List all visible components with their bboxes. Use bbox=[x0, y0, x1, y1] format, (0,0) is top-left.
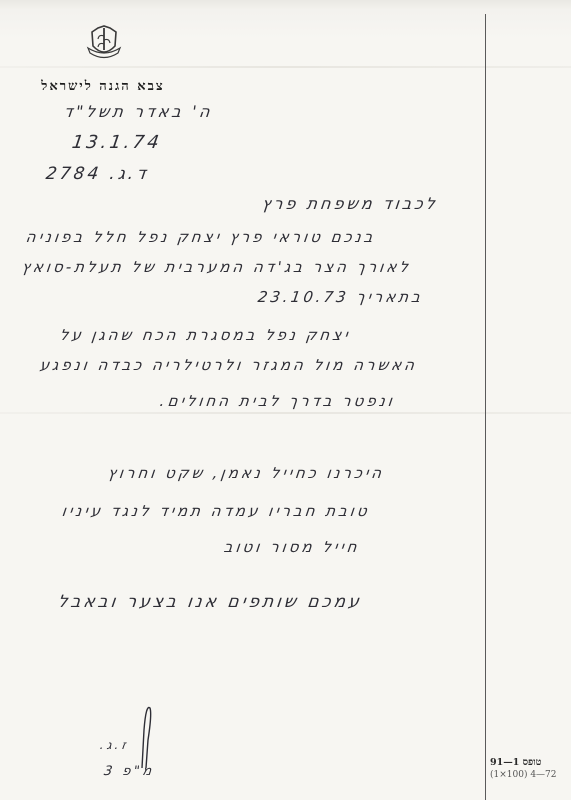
organization-name: צבא הגנה לישראל bbox=[30, 78, 176, 94]
letter-line: האשרה מול המגזר ולרטילריה כבדה ונפגע bbox=[39, 356, 419, 374]
salutation: לכבוד משפחת פרץ bbox=[261, 194, 440, 213]
closing-line: עמכם שותפים אנו בצער ובאבל bbox=[57, 592, 364, 612]
letter-line: היכרנו כחייל נאמן, שקט וחרוץ bbox=[107, 464, 386, 482]
hebrew-date: ה' באדר תשל"ד bbox=[63, 102, 214, 121]
form-number: 91—1 טופס (1×100) 4—72 bbox=[490, 757, 565, 780]
letter-line: ונפטר בדרך לבית החולים. bbox=[159, 392, 397, 410]
letter-line: יצחק נפל במסגרת הכח שהגן על bbox=[59, 326, 352, 344]
letter-line: בתאריך 23.10.73 bbox=[257, 288, 425, 306]
letter-line: לאורך הצר בג'דה המערבית של תעלת-סואץ bbox=[21, 258, 413, 276]
signature-mark bbox=[130, 700, 160, 770]
signature-title: מ"פ 3 bbox=[103, 764, 155, 779]
print-info: (1×100) 4—72 bbox=[490, 770, 565, 780]
date: 13.1.74 bbox=[71, 132, 164, 153]
letter-page: צבא הגנה לישראל ה' באדר תשל"ד 13.1.74 ד.… bbox=[0, 0, 571, 800]
margin-line bbox=[485, 14, 486, 800]
signature-initials: ז.ג. bbox=[99, 738, 130, 752]
idf-emblem-icon bbox=[84, 22, 124, 62]
letter-line: חייל מסור וטוב bbox=[223, 538, 361, 556]
letter-line: בנכם טוראי פרץ יצחק נפל חלל בפוניה bbox=[25, 228, 377, 246]
letter-line: טובת חבריו עמדה תמיד לנגד עיניו bbox=[61, 502, 371, 520]
reference-number: ד.ג. 2784 bbox=[45, 164, 151, 184]
form-number-label: 91—1 טופס bbox=[490, 757, 565, 768]
